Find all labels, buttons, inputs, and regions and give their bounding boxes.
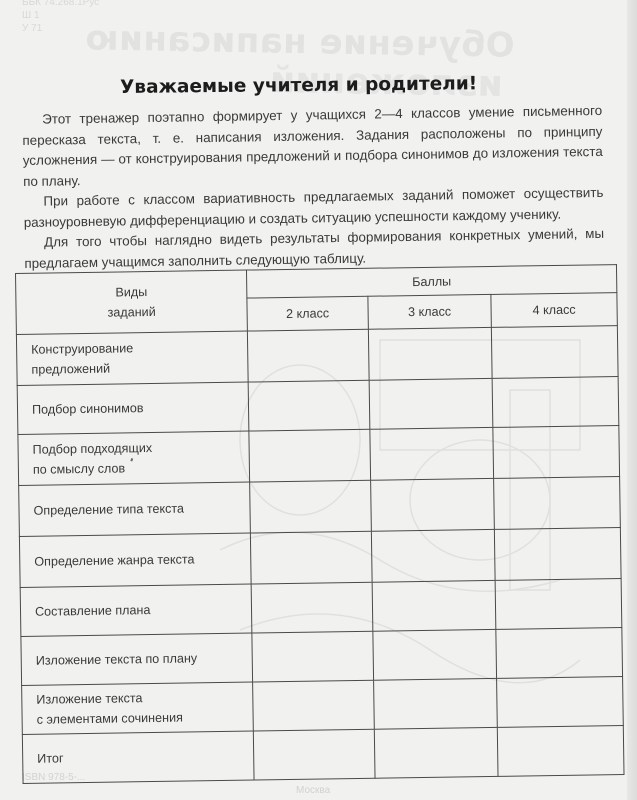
score-cell-grade-4[interactable] bbox=[494, 528, 621, 581]
score-cell-grade-4[interactable] bbox=[494, 477, 621, 530]
score-cell-grade-2[interactable] bbox=[250, 531, 372, 584]
task-type-line: Составление плана bbox=[35, 599, 237, 622]
table-row: Изложение текстас элементами сочинения bbox=[22, 677, 624, 735]
score-cell-grade-4[interactable] bbox=[493, 426, 620, 479]
task-type-cell: Определение жанра текста bbox=[19, 533, 251, 587]
table-row: Подбор синонимов bbox=[17, 377, 619, 435]
ghost-line: Ш 1 bbox=[22, 9, 99, 22]
table-row: Определение жанра текста bbox=[19, 528, 621, 588]
ghost-line: У 71 bbox=[22, 22, 99, 35]
task-type-line: предложений bbox=[31, 357, 233, 380]
table-row: Конструированиепредложений bbox=[16, 326, 618, 386]
ghost-city: Москва bbox=[296, 785, 330, 796]
table-row: Изложение текста по плану bbox=[21, 628, 623, 686]
score-cell-grade-3[interactable] bbox=[369, 378, 493, 429]
task-type-cell: Определение типа текста bbox=[19, 482, 251, 536]
score-cell-grade-4[interactable] bbox=[491, 326, 618, 379]
score-cell-grade-3[interactable] bbox=[372, 580, 496, 631]
score-cell-grade-4[interactable] bbox=[497, 677, 624, 728]
ghost-book-title: Обучение написанию bbox=[85, 18, 515, 65]
task-type-cell: Изложение текста по плану bbox=[21, 633, 253, 685]
ghost-catalog-lines: ББК 74.268.1Рус Ш 1 У 71 bbox=[22, 0, 99, 35]
score-cell-grade-2[interactable] bbox=[252, 631, 374, 682]
score-cell-grade-3[interactable] bbox=[368, 327, 492, 380]
score-cell-grade-2[interactable] bbox=[248, 380, 370, 431]
score-cell-grade-3[interactable] bbox=[371, 478, 495, 531]
table-row: Итог bbox=[22, 726, 624, 784]
task-type-line: Итог bbox=[37, 746, 239, 769]
score-cell-grade-2[interactable] bbox=[249, 429, 371, 482]
table-row: Определение типа текста bbox=[19, 477, 621, 537]
intro-paragraph: Этот тренажер поэтапно формирует у учащи… bbox=[22, 101, 603, 192]
task-type-line: с элементами сочинения bbox=[36, 707, 238, 730]
task-type-line: Подбор синонимов bbox=[32, 397, 234, 420]
header-grade-4: 4 класс bbox=[491, 293, 617, 328]
header-grade-2: 2 класс bbox=[247, 296, 368, 331]
score-cell-grade-2[interactable] bbox=[253, 680, 375, 731]
header-task-type-line: заданий bbox=[30, 301, 232, 324]
results-table-body: КонструированиепредложенийПодбор синоним… bbox=[16, 326, 624, 784]
page-title: Уважаемые учителя и родители! bbox=[120, 73, 540, 98]
score-cell-grade-2[interactable] bbox=[247, 329, 369, 382]
results-table: Виды заданий Баллы 2 класс 3 класс 4 кла… bbox=[15, 264, 625, 784]
header-grade-3: 3 класс bbox=[368, 294, 491, 329]
score-cell-grade-4[interactable] bbox=[497, 726, 624, 777]
score-cell-grade-2[interactable] bbox=[250, 480, 372, 533]
score-cell-grade-4[interactable] bbox=[495, 579, 622, 630]
task-type-cell: Составление плана bbox=[20, 584, 252, 636]
task-type-cell: Итог bbox=[22, 731, 254, 783]
page-edge-shadow bbox=[627, 0, 637, 800]
score-cell-grade-4[interactable] bbox=[492, 377, 619, 428]
score-cell-grade-3[interactable] bbox=[373, 629, 497, 680]
score-cell-grade-3[interactable] bbox=[374, 678, 498, 729]
task-type-line: Определение типа текста bbox=[33, 498, 235, 521]
task-type-cell: Подбор подходящихпо смыслу слов bbox=[18, 431, 250, 485]
results-table-container: Виды заданий Баллы 2 класс 3 класс 4 кла… bbox=[15, 264, 625, 784]
task-type-cell: Конструированиепредложений bbox=[16, 331, 248, 385]
score-cell-grade-2[interactable] bbox=[251, 582, 373, 633]
table-row: Составление плана bbox=[20, 579, 622, 637]
score-cell-grade-2[interactable] bbox=[253, 729, 375, 780]
score-cell-grade-4[interactable] bbox=[496, 628, 623, 679]
intro-text: Этот тренажер поэтапно формирует у учащи… bbox=[22, 101, 605, 274]
task-type-cell: Изложение текстас элементами сочинения bbox=[22, 682, 254, 734]
task-type-line: по смыслу слов bbox=[33, 457, 235, 480]
table-row: Подбор подходящихпо смыслу слов bbox=[18, 426, 620, 486]
header-task-type: Виды заданий bbox=[16, 270, 248, 334]
task-type-line: Изложение текста по плану bbox=[36, 648, 238, 671]
task-type-line: Определение жанра текста bbox=[34, 549, 236, 572]
ghost-line: ББК 74.268.1Рус bbox=[22, 0, 99, 9]
stray-pen-mark bbox=[131, 458, 134, 461]
task-type-cell: Подбор синонимов bbox=[17, 382, 249, 434]
score-cell-grade-3[interactable] bbox=[370, 427, 494, 480]
score-cell-grade-3[interactable] bbox=[374, 727, 498, 778]
score-cell-grade-3[interactable] bbox=[371, 529, 495, 582]
